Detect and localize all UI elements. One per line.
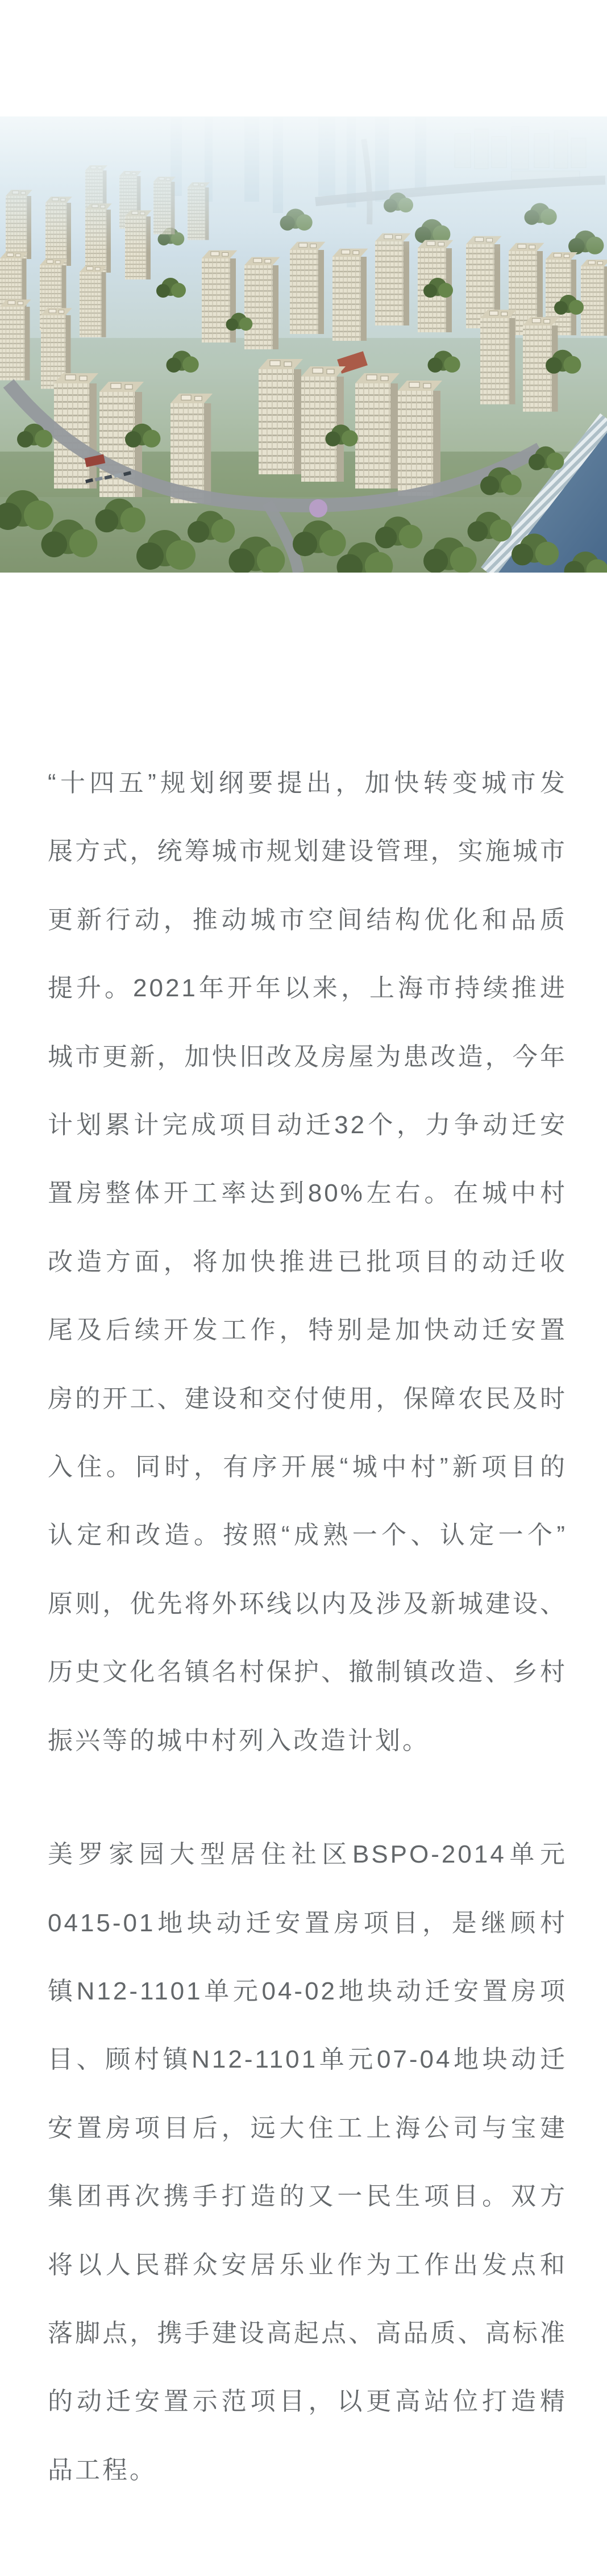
text-line: 计划累计完成项目动迁32个，力争动迁安 [48, 1091, 567, 1159]
text-line: 提升。2021年开年以来，上海市持续推进 [48, 954, 567, 1022]
text-line: 镇N12-1101单元04-02地块动迁安置房项 [48, 1957, 567, 2026]
text-line: 尾及后续开发工作，特别是加快动迁安置 [48, 1296, 567, 1364]
text-line: 城市更新，加快旧改及房屋为患改造，今年 [48, 1023, 567, 1091]
text-line: 置房整体开工率达到80%左右。在城中村 [48, 1159, 567, 1228]
text-line: 振兴等的城中村列入改造计划。 [48, 1707, 567, 1775]
text-line: 改造方面，将加快推进已批项目的动迁收 [48, 1228, 567, 1296]
text-line: 集团再次携手打造的又一民生项目。双方 [48, 2162, 567, 2231]
article-body: “十四五”规划纲要提出，加快转变城市发展方式，统筹城市规划建设管理，实施城市更新… [48, 749, 567, 2504]
paragraph: “十四五”规划纲要提出，加快转变城市发展方式，统筹城市规划建设管理，实施城市更新… [48, 749, 567, 1775]
text-line: 原则，优先将外环线以内及涉及新城建设、 [48, 1570, 567, 1638]
text-line: 安置房项目后，远大住工上海公司与宝建 [48, 2094, 567, 2162]
text-line: 品工程。 [48, 2436, 567, 2504]
text-line: 落脚点，携手建设高起点、高品质、高标准 [48, 2299, 567, 2368]
text-line: 展方式，统筹城市规划建设管理，实施城市 [48, 817, 567, 886]
text-line: 0415-01地块动迁安置房项目，是继顾村 [48, 1889, 567, 1957]
text-line: 目、顾村镇N12-1101单元07-04地块动迁 [48, 2026, 567, 2094]
text-line: 的动迁安置示范项目，以更高站位打造精 [48, 2368, 567, 2436]
text-line: 历史文化名镇名村保护、撤制镇改造、乡村 [48, 1638, 567, 1706]
text-line: 入住。同时，有序开展“城中村”新项目的 [48, 1433, 567, 1501]
paragraph: 美罗家园大型居住社区BSPO-2014单元0415-01地块动迁安置房项目，是继… [48, 1821, 567, 2504]
text-line: 美罗家园大型居住社区BSPO-2014单元 [48, 1821, 567, 1889]
text-line: “十四五”规划纲要提出，加快转变城市发 [48, 749, 567, 817]
hero-image-art [0, 116, 607, 573]
text-line: 将以人民群众安居乐业作为工作出发点和 [48, 2231, 567, 2299]
hero-haze-overlay [0, 116, 607, 253]
text-line: 更新行动，推动城市空间结构优化和品质 [48, 886, 567, 954]
text-line: 认定和改造。按照“成熟一个、认定一个” [48, 1501, 567, 1569]
hero-image [0, 116, 607, 573]
text-line: 房的开工、建设和交付使用，保障农民及时 [48, 1365, 567, 1433]
